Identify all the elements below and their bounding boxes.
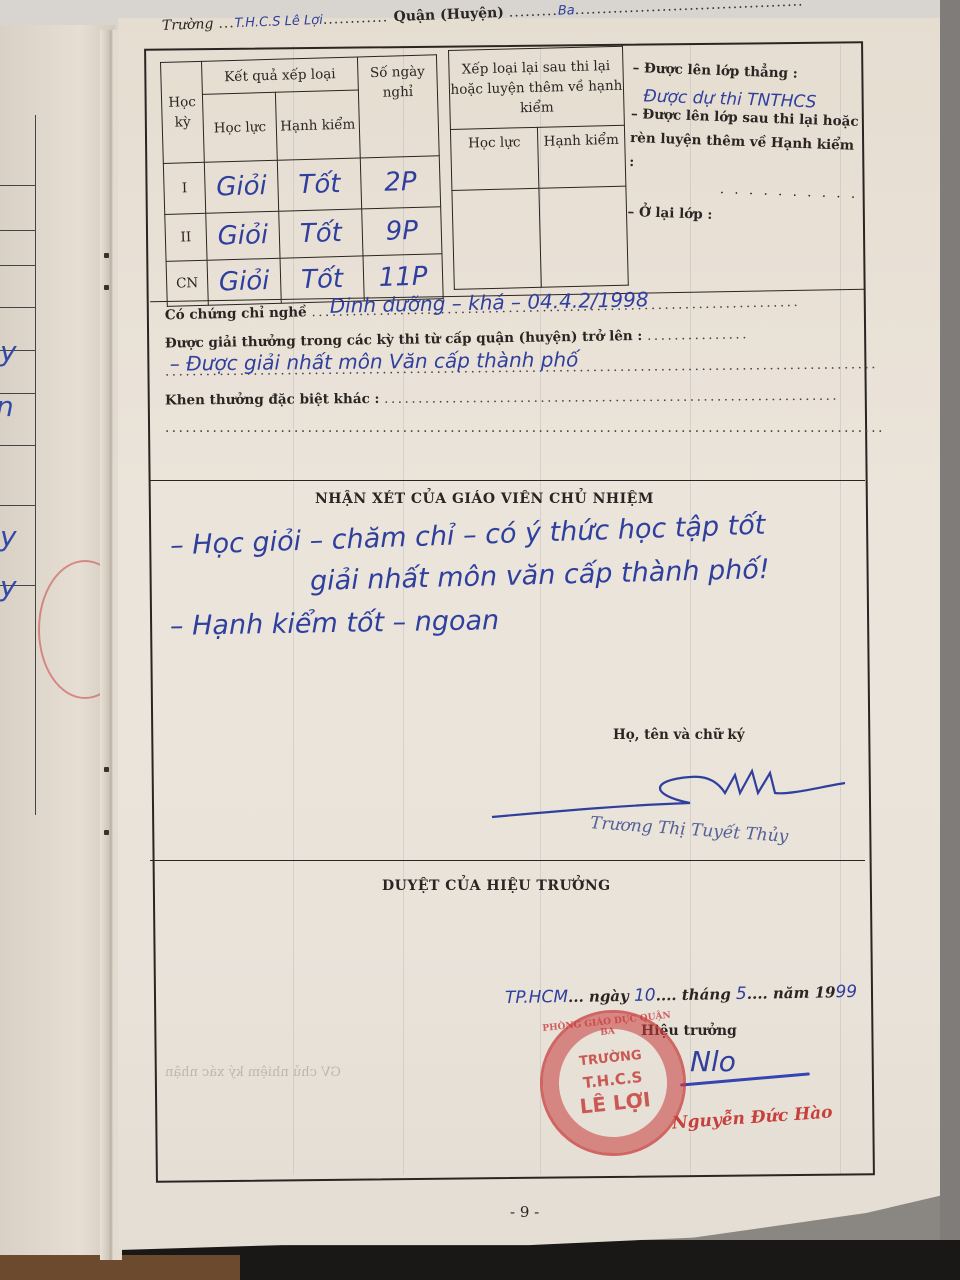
left-page-rule [0, 230, 36, 231]
day-label: ngày [589, 987, 629, 1006]
header-reeval-academic: Học lực [450, 127, 538, 190]
semester-cell: I [163, 162, 205, 214]
reeval-academic-cell [452, 188, 541, 289]
section-divider [150, 480, 865, 481]
special-label: Khen thưởng đặc biệt khác : [165, 391, 380, 408]
left-page-rule [0, 265, 36, 266]
conduct-cell: Tốt [279, 209, 363, 258]
month-value: 5 [736, 984, 747, 1004]
results-table: Học kỳ Kết quả xếp loại Số ngày nghỉ Học… [160, 54, 444, 307]
place: TP.HCM [505, 987, 568, 1008]
left-page-handwriting: n [0, 390, 14, 423]
section-divider [150, 860, 865, 861]
left-page-table-border [0, 115, 36, 815]
left-page-rule [0, 505, 36, 506]
staple [104, 767, 109, 772]
show-through-text: GV chủ nhiệm ký xác nhận [165, 1065, 341, 1080]
header-conduct: Hạnh kiểm [275, 90, 360, 160]
signature-label: Họ, tên và chữ ký [613, 727, 745, 743]
left-page-handwriting: y [0, 520, 17, 553]
header-semester: Học kỳ [161, 61, 205, 163]
left-facing-page: y n y y [0, 25, 115, 1255]
promotion-box: – Được lên lớp thẳng : Được dự thi TNTHC… [627, 56, 863, 232]
principal-signature: Nlo [690, 1045, 736, 1078]
left-page-rule [0, 185, 36, 186]
header-absent-days: Số ngày nghỉ [357, 55, 439, 158]
absent-cell: 2P [360, 156, 440, 209]
header-reeval-group: Xếp loại lại sau thi lại hoặc luyện thêm… [449, 46, 625, 129]
left-page-handwriting: y [0, 335, 17, 368]
semester-cell: II [165, 213, 207, 261]
teacher-signature-icon [490, 765, 850, 825]
absent-cell: 9P [362, 207, 442, 256]
vocational-label: Có chứng chỉ nghề [165, 304, 307, 323]
header-reeval-conduct: Hạnh kiểm [537, 125, 625, 188]
principal-heading: DUYỆT CỦA HIỆU TRƯỞNG [382, 878, 611, 894]
table-row: II Giỏi Tốt 9P [165, 207, 442, 262]
left-page-handwriting: y [0, 570, 17, 603]
school-label: Trường [162, 16, 214, 34]
after-retest-label: – Được lên lớp sau thi lại hoặc rèn luyệ… [629, 102, 861, 182]
page-number: - 9 - [510, 1203, 539, 1221]
month-label: tháng [682, 985, 731, 1004]
year-label: năm 19 [773, 983, 836, 1002]
left-page-rule [0, 445, 36, 446]
year-value: 99 [835, 982, 857, 1002]
conduct-cell: Tốt [277, 158, 361, 211]
day-value: 10 [634, 985, 656, 1005]
certificates-section: Có chứng chỉ nghề ......................… [165, 300, 865, 450]
table-row: I Giỏi Tốt 2P [163, 156, 440, 215]
staple [104, 253, 109, 258]
reevaluation-table: Xếp loại lại sau thi lại hoặc luyện thêm… [448, 46, 629, 290]
header-result-group: Kết quả xếp loại [201, 57, 358, 95]
background-table [940, 0, 960, 1240]
reeval-conduct-cell [539, 186, 628, 287]
awards-value: – Được giải nhất môn Văn cấp thành phố [170, 347, 579, 375]
teacher-comment-heading: NHẬN XÉT CỦA GIÁO VIÊN CHỦ NHIỆM [315, 491, 654, 507]
comment-line-3: – Hạnh kiểm tốt – ngoan [170, 605, 500, 642]
left-page-rule [0, 307, 36, 308]
academic-cell: Giỏi [204, 160, 278, 213]
staple [104, 830, 109, 835]
staple [104, 285, 109, 290]
district-value: Ba [558, 3, 575, 19]
header-academic: Học lực [202, 93, 277, 163]
academic-cell: Giỏi [206, 211, 280, 260]
